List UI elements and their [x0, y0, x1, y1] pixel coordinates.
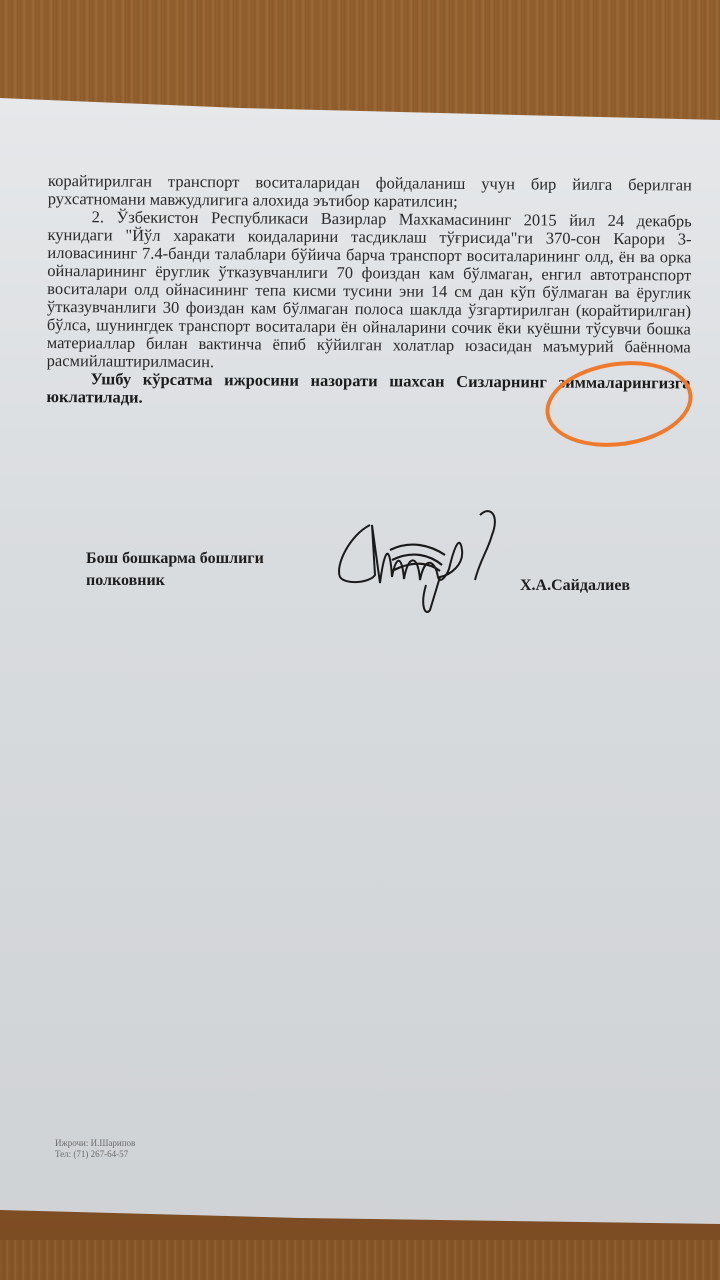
- footer-executor: Ижрочи: И.Шарипов: [55, 1138, 135, 1149]
- signatory-title-line1: Бош бошкарма бошлиги: [86, 548, 264, 570]
- paragraph-continued: корайтирилган транспорт воситаларидан фо…: [48, 172, 692, 212]
- wooden-table-bottom: [0, 1240, 720, 1280]
- signatory-name: Х.А.Сайдалиев: [520, 577, 630, 595]
- handwritten-signature: [330, 505, 510, 620]
- signatory-title: Бош бошкарма бошлиги полковник: [86, 548, 264, 592]
- footer-contacts: Ижрочи: И.Шарипов Тел: (71) 267-64-57: [55, 1138, 135, 1160]
- signatory-title-line2: полковник: [86, 570, 264, 592]
- footer-phone: Тел: (71) 267-64-57: [55, 1149, 135, 1160]
- paragraph-2: 2. Ўзбекистон Республикаси Вазирлар Махк…: [47, 208, 692, 374]
